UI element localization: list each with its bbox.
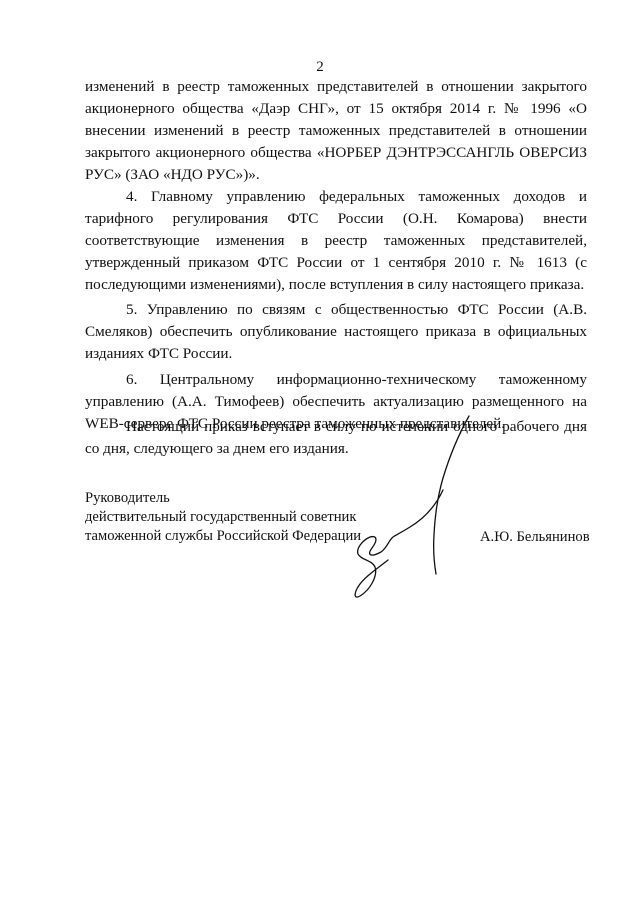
signatory-title-line-2: действительный государственный советник — [85, 508, 361, 527]
handwritten-signature-icon — [340, 405, 490, 605]
paragraph-item-4: 4. Главному управлению федеральных тамож… — [85, 186, 587, 296]
signatory-name: А.Ю. Бельянинов — [480, 528, 590, 547]
signatory-title-block: Руководитель действительный государствен… — [85, 489, 361, 546]
signatory-title-line-1: Руководитель — [85, 489, 361, 508]
paragraph-item-5: 5. Управлению по связям с общественность… — [85, 299, 587, 365]
closing-statement: Настоящий приказ вступает в силу по исте… — [85, 416, 587, 460]
closing-paragraph: Настоящий приказ вступает в силу по исте… — [85, 416, 587, 460]
signatory-title-line-3: таможенной службы Российской Федерации — [85, 527, 361, 546]
paragraph-continuation: изменений в реестр таможенных представит… — [85, 76, 587, 186]
page-number: 2 — [0, 58, 640, 76]
order-body: изменений в реестр таможенных представит… — [85, 76, 587, 435]
